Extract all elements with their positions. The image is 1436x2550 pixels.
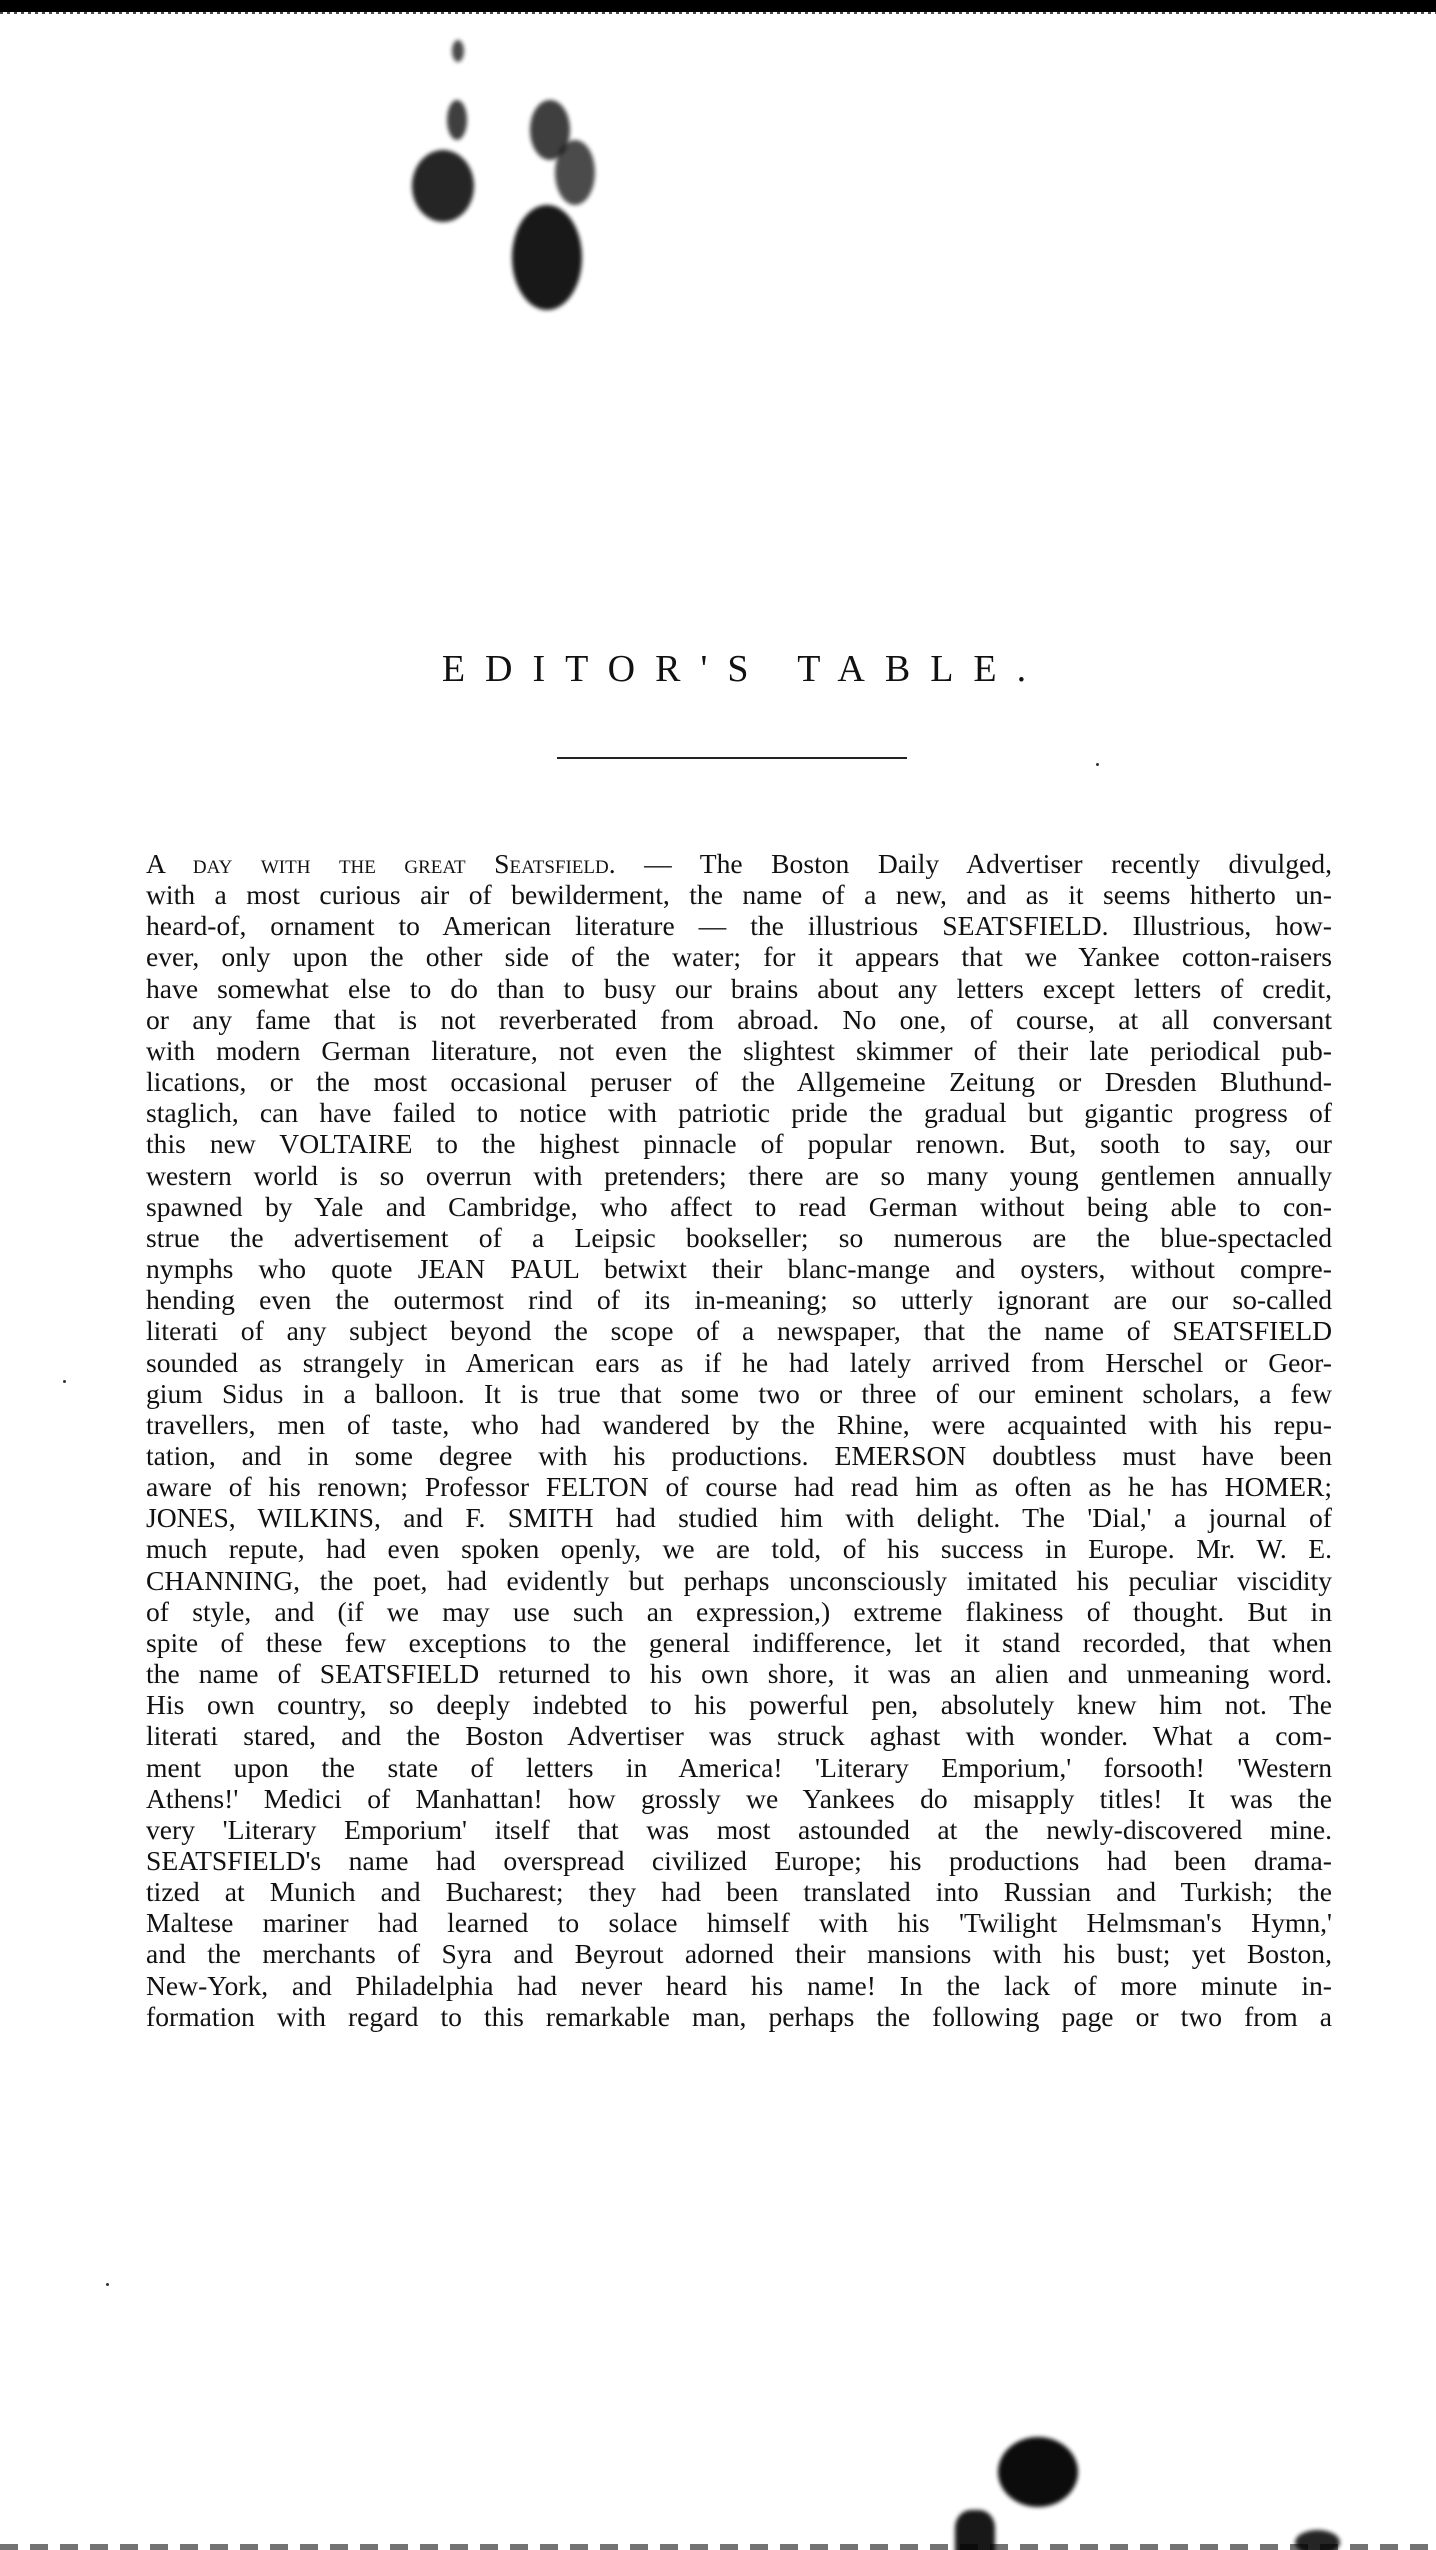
scan-top-edge [0,0,1436,12]
stray-mark [1096,763,1099,766]
article-line: spawned by Yale and Cambridge, who affec… [146,1191,1332,1222]
article-heading-name: Seatsfield. [494,848,615,879]
article-line: or any fame that is not reverberated fro… [146,1004,1332,1035]
article-line: with a most curious air of bewilderment,… [146,879,1332,910]
article-line: ment upon the state of letters in Americ… [146,1752,1332,1783]
article-line: spite of these few exceptions to the gen… [146,1627,1332,1658]
article-line: formation with regard to this remarkable… [146,2001,1332,2032]
article-line: have somewhat else to do than to busy ou… [146,973,1332,1004]
article-line: staglich, can have failed to notice with… [146,1097,1332,1128]
section-title: EDITOR'S TABLE. [0,647,1436,691]
stray-mark [63,1380,66,1383]
scan-bottom-edge [0,2544,1436,2550]
article-line: JONES, WILKINS, and F. SMITH had studied… [146,1502,1332,1533]
article-line: His own country, so deeply indebted to h… [146,1689,1332,1720]
article-line: tation, and in some degree with his prod… [146,1440,1332,1471]
article-body: A day with the great Seatsfield. — The B… [146,848,1332,2032]
article-line: the name of SEATSFIELD returned to his o… [146,1658,1332,1689]
title-divider-rule [557,757,907,759]
article-line: Athens!' Medici of Manhattan! how grossl… [146,1783,1332,1814]
article-line: and the merchants of Syra and Beyrout ad… [146,1938,1332,1969]
stray-mark [106,2283,109,2286]
article-line: this new VOLTAIRE to the highest pinnacl… [146,1128,1332,1159]
article-line: very 'Literary Emporium' itself that was… [146,1814,1332,1845]
article-line: CHANNING, the poet, had evidently but pe… [146,1565,1332,1596]
article-line: western world is so overrun with pretend… [146,1160,1332,1191]
article-line: aware of his renown; Professor FELTON of… [146,1471,1332,1502]
article-line: hending even the outermost rind of its i… [146,1284,1332,1315]
article-line: gium Sidus in a balloon. It is true that… [146,1378,1332,1409]
article-line: travellers, men of taste, who had wander… [146,1409,1332,1440]
article-line-0: A day with the great Seatsfield. — The B… [146,848,1332,879]
article-line: sounded as strangely in American ears as… [146,1347,1332,1378]
article-line: lications, or the most occasional peruse… [146,1066,1332,1097]
article-line: heard-of, ornament to American literatur… [146,910,1332,941]
article-line: nymphs who quote JEAN PAUL betwixt their… [146,1253,1332,1284]
article-line: with modern German literature, not even … [146,1035,1332,1066]
article-line: tized at Munich and Bucharest; they had … [146,1876,1332,1907]
article-line: ever, only upon the other side of the wa… [146,941,1332,972]
article-line: New-York, and Philadelphia had never hea… [146,1970,1332,2001]
article-line: SEATSFIELD's name had overspread civiliz… [146,1845,1332,1876]
article-line: literati of any subject beyond the scope… [146,1315,1332,1346]
article-line: Maltese mariner had learned to solace hi… [146,1907,1332,1938]
article-line: literati stared, and the Boston Advertis… [146,1720,1332,1751]
article-line: strue the advertisement of a Leipsic boo… [146,1222,1332,1253]
article-line: of style, and (if we may use such an exp… [146,1596,1332,1627]
article-heading: A day with the great [146,848,466,879]
article-line: much repute, had even spoken openly, we … [146,1533,1332,1564]
